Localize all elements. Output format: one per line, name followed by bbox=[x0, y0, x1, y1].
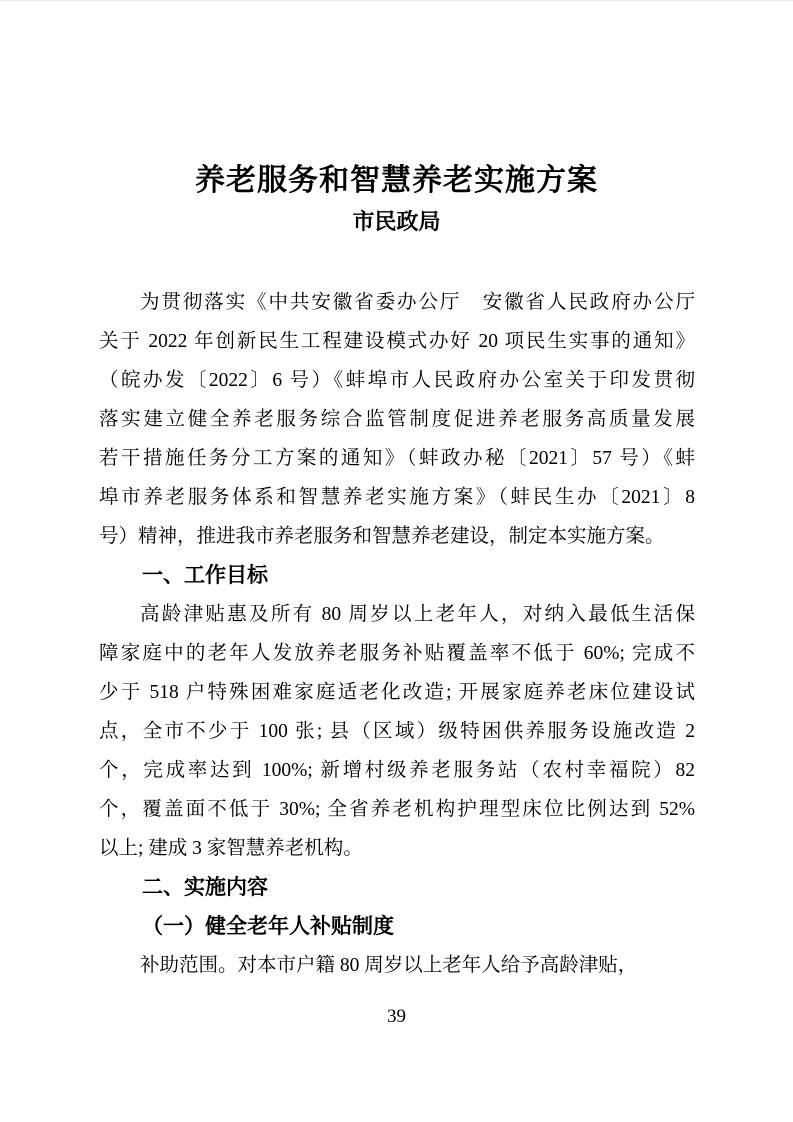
paragraph-1-line-4: 落实建立健全养老服务综合监管制度促进养老服务高质量发展 bbox=[99, 400, 695, 439]
paragraph-3-line-1: 补助范围。对本市户籍 80 周岁以上老年人给予高龄津贴， bbox=[99, 946, 695, 985]
paragraph-1-line-5: 若干措施任务分工方案的通知》（蚌政办秘〔2021〕57 号）《蚌 bbox=[99, 439, 695, 478]
section-heading-2: 二、实施内容 bbox=[99, 868, 695, 907]
subsection-heading-1: （一）健全老年人补贴制度 bbox=[99, 907, 695, 946]
paragraph-1-line-7: 号）精神，推进我市养老服务和智慧养老建设，制定本实施方案。 bbox=[99, 517, 695, 556]
paragraph-1-line-6: 埠市养老服务体系和智慧养老实施方案》（蚌民生办〔2021〕8 bbox=[99, 478, 695, 517]
paragraph-2-line-6: 个，覆盖面不低于 30%; 全省养老机构护理型床位比例达到 52% bbox=[99, 790, 695, 829]
paragraph-1-line-3: （皖办发〔2022〕6 号）《蚌埠市人民政府办公室关于印发贯彻 bbox=[99, 361, 695, 400]
paragraph-2-line-7: 以上; 建成 3 家智慧养老机构。 bbox=[99, 829, 695, 868]
section-heading-1: 一、工作目标 bbox=[99, 556, 695, 595]
document-page: 养老服务和智慧养老实施方案 市民政局 为贯彻落实《中共安徽省委办公厅 安徽省人民… bbox=[0, 0, 793, 1122]
paragraph-2-line-2: 障家庭中的老年人发放养老服务补贴覆盖率不低于 60%; 完成不 bbox=[99, 634, 695, 673]
paragraph-1-line-1: 为贯彻落实《中共安徽省委办公厅 安徽省人民政府办公厅 bbox=[99, 283, 695, 322]
paragraph-1-line-2: 关于 2022 年创新民生工程建设模式办好 20 项民生实事的通知》 bbox=[99, 322, 695, 361]
document-subtitle: 市民政局 bbox=[0, 207, 793, 237]
document-title: 养老服务和智慧养老实施方案 bbox=[0, 161, 793, 201]
paragraph-2-line-3: 少于 518 户特殊困难家庭适老化改造; 开展家庭养老床位建设试 bbox=[99, 673, 695, 712]
document-body: 为贯彻落实《中共安徽省委办公厅 安徽省人民政府办公厅 关于 2022 年创新民生… bbox=[99, 283, 695, 985]
paragraph-2-line-4: 点，全市不少于 100 张; 县（区域）级特困供养服务设施改造 2 bbox=[99, 712, 695, 751]
paragraph-2-line-1: 高龄津贴惠及所有 80 周岁以上老年人，对纳入最低生活保 bbox=[99, 595, 695, 634]
paragraph-2-line-5: 个，完成率达到 100%; 新增村级养老服务站（农村幸福院）82 bbox=[99, 751, 695, 790]
page-number: 39 bbox=[0, 1004, 793, 1030]
